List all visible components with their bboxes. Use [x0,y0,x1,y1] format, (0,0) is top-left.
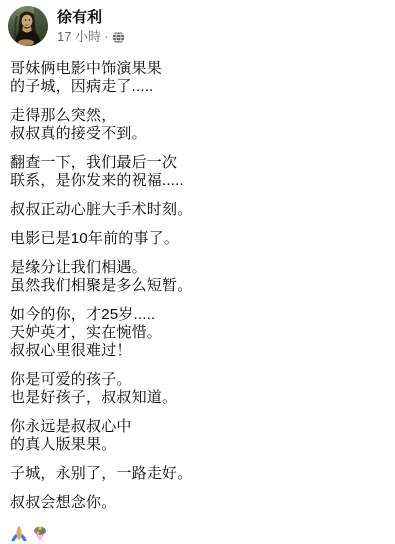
avatar[interactable] [8,6,48,46]
bouquet-emoji [31,524,49,542]
globe-icon [112,31,125,44]
post-paragraph: 你永远是叔叔心中的真人版果果。 [10,418,385,454]
mona-lisa-avatar-image [8,6,48,46]
post-paragraph: 哥妹俩电影中饰演果果的子城，因病走了..... [10,60,385,96]
author-name[interactable]: 徐有利 [57,8,125,27]
post-paragraph: 叔叔会想念你。 [10,494,385,512]
post-paragraph: 你是可爱的孩子。也是好孩子，叔叔知道。 [10,371,385,407]
post-header: 徐有利 17 小時 · [0,0,395,46]
meta-separator: · [104,29,108,45]
post-paragraph: 走得那么突然，叔叔真的接受不到。 [10,107,385,143]
folded-hands-emoji [10,524,28,542]
post-paragraph: 如今的你，才25岁.....天妒英才，实在惋惜。叔叔心里很难过！ [10,306,385,360]
timestamp[interactable]: 17 小時 [57,29,101,45]
post-paragraph: 电影已是10年前的事了。 [10,230,385,248]
facebook-post: 徐有利 17 小時 · 哥妹俩电影中饰演果果的子城，因病走了.....走得那么突… [0,0,395,544]
post-content: 哥妹俩电影中饰演果果的子城，因病走了.....走得那么突然，叔叔真的接受不到。翻… [0,46,395,512]
post-paragraph: 翻查一下，我们最后一次联系，是你发来的祝福..... [10,154,385,190]
post-paragraph: 叔叔正动心脏大手术时刻。 [10,201,385,219]
post-paragraph: 是缘分让我们相遇。虽然我们相聚是多么短暂。 [10,259,385,295]
post-emoji-row [0,523,395,542]
post-meta[interactable]: 17 小時 · [57,29,125,45]
header-text: 徐有利 17 小時 · [57,6,125,45]
post-paragraph: 子城，永别了，一路走好。 [10,465,385,483]
